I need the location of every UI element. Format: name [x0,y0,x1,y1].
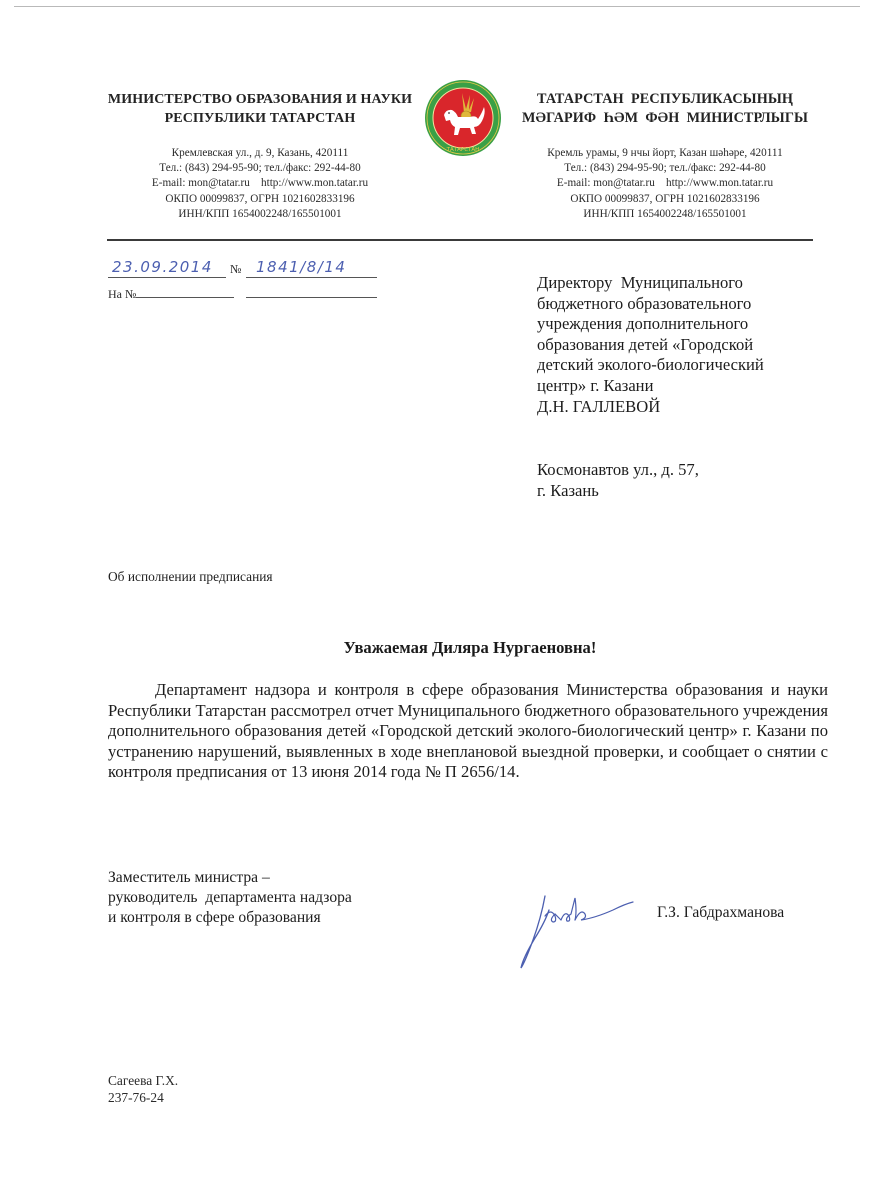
letterhead-separator [107,239,813,241]
addressee-line: Директору Муниципального [537,273,837,294]
number-sign-label: № [230,262,241,277]
address-street: Космонавтов ул., д. 57, [537,460,837,481]
addressee-line: детский эколого-биологический [537,355,837,376]
svg-text:ТАТАРСТАН: ТАТАРСТАН [446,147,480,153]
salutation: Уважаемая Диляра Нургаеновна! [0,638,872,658]
letterhead-right-title: ТАТАРСТАН РЕСПУБЛИКАСЫНЫҢ МӘГАРИФ ҺӘМ ФӘ… [505,90,825,128]
address-tt: Кремль урамы, 9 нчы йорт, Казан шәһәре, … [505,146,825,161]
address-city: г. Казань [537,481,837,502]
signatory-position: Заместитель министра – руководитель депа… [108,868,448,928]
body-paragraph: Департамент надзора и контроля в сфере о… [108,680,828,783]
reply-to-date-field [136,284,234,298]
position-line: руководитель департамента надзора [108,888,448,908]
addressee-line: центр» г. Казани [537,376,837,397]
letter-body: Департамент надзора и контроля в сфере о… [108,680,828,783]
page-top-edge [14,6,860,7]
letter-subject: Об исполнении предписания [108,569,273,585]
ministry-name-ru-line-1: МИНИСТЕРСТВО ОБРАЗОВАНИЯ И НАУКИ [100,90,420,109]
phone-tt: Тел.: (843) 294-95-90; тел./факс: 292-44… [505,161,825,176]
outgoing-date-value: 23.09.2014 [112,258,213,276]
addressee-address: Космонавтов ул., д. 57, г. Казань [537,460,837,501]
addressee-name: Д.Н. ГАЛЛЕВОЙ [537,397,837,418]
tatarstan-coat-of-arms-icon: ТАТАРСТАН [424,79,502,157]
email-web-tt: E-mail: mon@tatar.ru http://www.mon.tata… [505,176,825,191]
outgoing-date-field: 23.09.2014 [108,256,226,278]
outgoing-number-field: 1841/8/14 [246,256,377,278]
addressee-line: образования детей «Городской [537,335,837,356]
inn-kpp-tt: ИНН/КПП 1654002248/165501001 [505,207,825,222]
okpo-ogrn-tt: ОКПО 00099837, ОГРН 1021602833196 [505,192,825,207]
ministry-name-tt-line-2: МӘГАРИФ ҺӘМ ФӘН МИНИСТРЛЫГЫ [505,109,825,128]
letterhead-left-contacts: Кремлевская ул., д. 9, Казань, 420111 Те… [100,146,420,222]
address-ru: Кремлевская ул., д. 9, Казань, 420111 [100,146,420,161]
okpo-ogrn-ru: ОКПО 00099837, ОГРН 1021602833196 [100,192,420,207]
letterhead-left-title: МИНИСТЕРСТВО ОБРАЗОВАНИЯ И НАУКИ РЕСПУБЛ… [100,90,420,128]
executor-phone: 237-76-24 [108,1089,178,1106]
position-line: Заместитель министра – [108,868,448,888]
reply-to-label: На № [108,287,136,302]
phone-ru: Тел.: (843) 294-95-90; тел./факс: 292-44… [100,161,420,176]
executor-name: Сагеева Г.Х. [108,1072,178,1089]
letterhead-right-contacts: Кремль урамы, 9 нчы йорт, Казан шәһәре, … [505,146,825,222]
addressee-line: учреждения дополнительного [537,314,837,335]
inn-kpp-ru: ИНН/КПП 1654002248/165501001 [100,207,420,222]
outgoing-number-value: 1841/8/14 [256,258,346,276]
ministry-name-ru-line-2: РЕСПУБЛИКИ ТАТАРСТАН [100,109,420,128]
addressee-block: Директору Муниципального бюджетного обра… [537,273,837,417]
reply-to-number-field [246,284,377,298]
ministry-name-tt-line-1: ТАТАРСТАН РЕСПУБЛИКАСЫНЫҢ [505,90,825,109]
executor-block: Сагеева Г.Х. 237-76-24 [108,1072,178,1106]
position-line: и контроля в сфере образования [108,908,448,928]
handwritten-signature-icon [515,888,635,970]
email-web-ru: E-mail: mon@tatar.ru http://www.mon.tata… [100,176,420,191]
signatory-name: Г.З. Габдрахманова [657,904,784,922]
addressee-line: бюджетного образовательного [537,294,837,315]
